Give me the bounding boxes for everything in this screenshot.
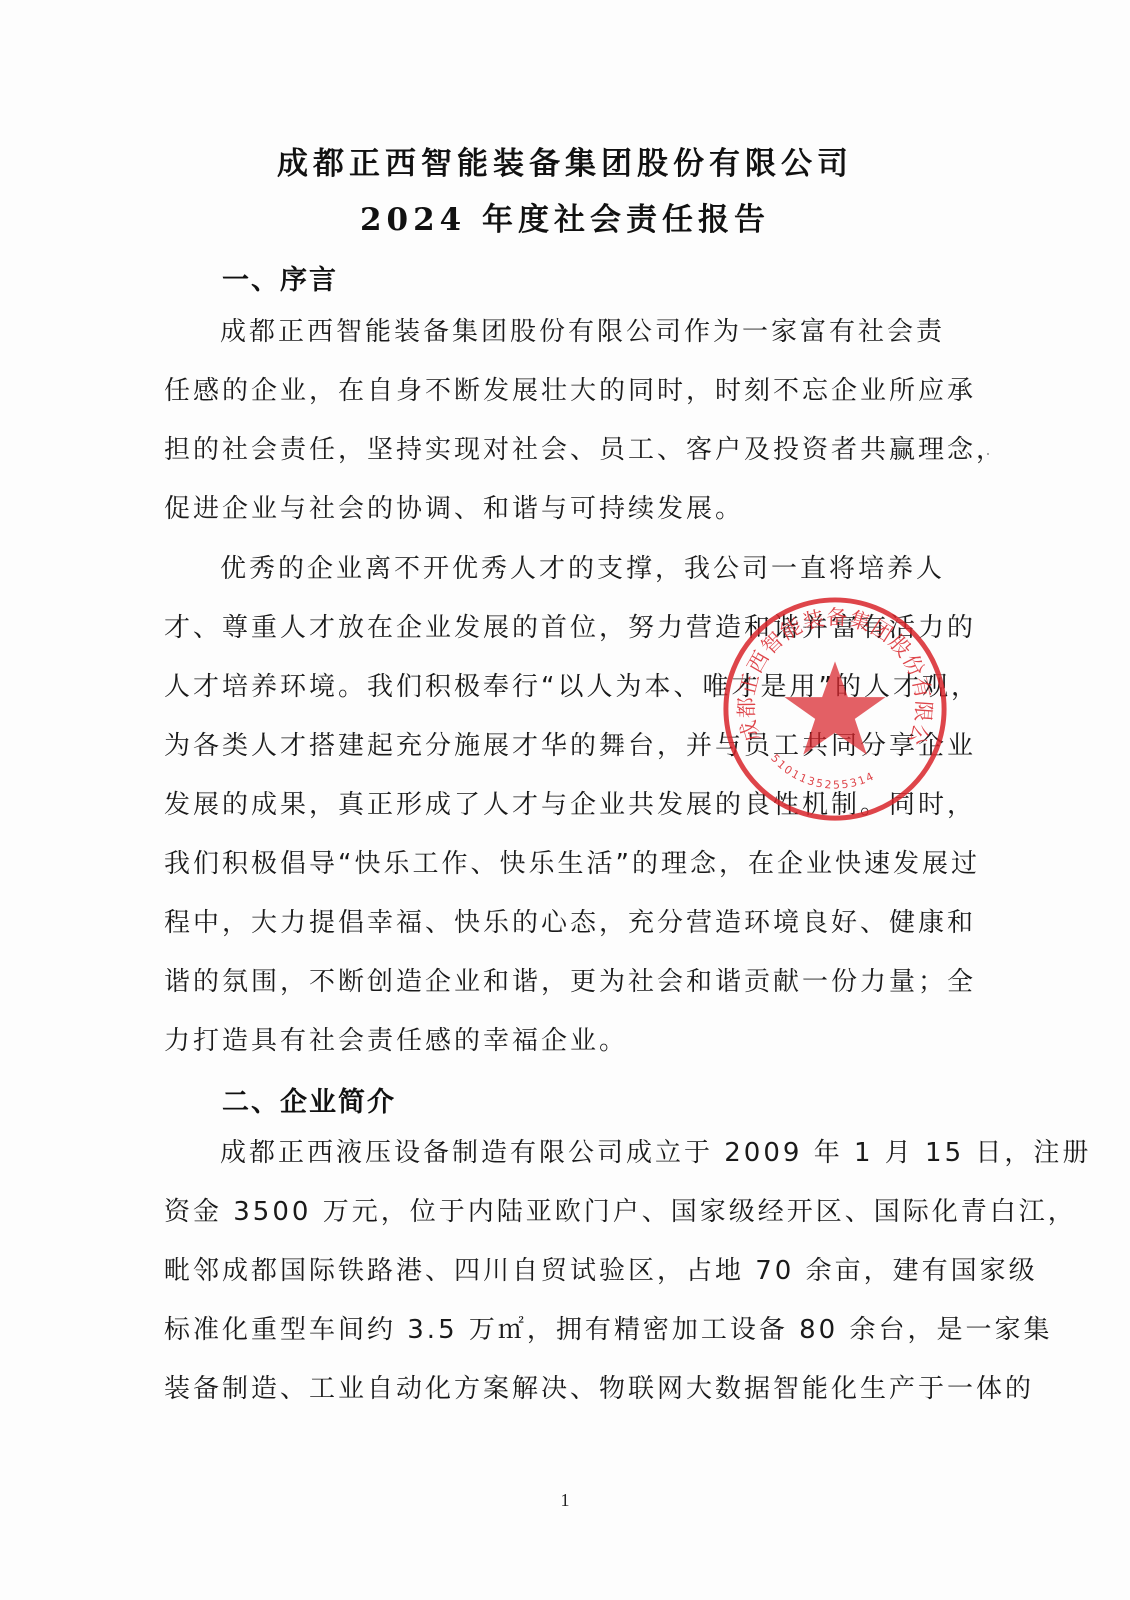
text-line: 谐的氛围，不断创造企业和谐，更为社会和谐贡献一份力量；全 <box>164 962 976 1002</box>
text-line: 成都正西液压设备制造有限公司成立于 2009 年 1 月 15 日，注册 <box>220 1133 1091 1173</box>
document-title-line1: 成都正西智能装备集团股份有限公司 <box>0 138 1130 183</box>
text-line: 担的社会责任，坚持实现对社会、员工、客户及投资者共赢理念， <box>164 430 1005 470</box>
text-line: 力打造具有社会责任感的幸福企业。 <box>164 1021 628 1061</box>
text-line: 装备制造、工业自动化方案解决、物联网大数据智能化生产于一体的 <box>164 1369 1034 1409</box>
section-heading-preface: 一、序言 <box>222 258 338 297</box>
text-line: 程中，大力提倡幸福、快乐的心态，充分营造环境良好、健康和 <box>164 903 976 943</box>
text-line: 为各类人才搭建起充分施展才华的舞台，并与员工共同分享企业 <box>164 726 976 766</box>
text-line: 才、尊重人才放在企业发展的首位，努力营造和谐并富有活力的 <box>164 608 976 648</box>
text-line: 任感的企业，在自身不断发展壮大的同时，时刻不忘企业所应承 <box>164 371 976 411</box>
scan-speck <box>987 453 989 455</box>
text-line: 优秀的企业离不开优秀人才的支撑，我公司一直将培养人 <box>220 549 945 589</box>
page-number: 1 <box>0 1490 1130 1511</box>
text-line: 发展的成果，真正形成了人才与企业共发展的良性机制。同时， <box>164 785 976 825</box>
section-heading-company-profile: 二、企业简介 <box>222 1080 396 1119</box>
text-line: 标准化重型车间约 3.5 万㎡，拥有精密加工设备 80 余台，是一家集 <box>164 1310 1053 1350</box>
text-line: 毗邻成都国际铁路港、四川自贸试验区，占地 70 余亩，建有国家级 <box>164 1251 1038 1291</box>
text-line: 成都正西智能装备集团股份有限公司作为一家富有社会责 <box>220 312 945 352</box>
document-title-line2: 2024 年度社会责任报告 <box>0 194 1130 239</box>
text-line: 促进企业与社会的协调、和谐与可持续发展。 <box>164 489 744 529</box>
text-line: 人才培养环境。我们积极奉行“以人为本、唯才是用”的人才观， <box>164 667 980 707</box>
text-line: 资金 3500 万元，位于内陆亚欧门户、国家级经开区、国际化青白江， <box>164 1192 1077 1232</box>
document-page: 成都正西智能装备集团股份有限公司 2024 年度社会责任报告 一、序言 成都正西… <box>0 0 1130 1600</box>
text-line: 我们积极倡导“快乐工作、快乐生活”的理念，在企业快速发展过 <box>164 844 980 884</box>
